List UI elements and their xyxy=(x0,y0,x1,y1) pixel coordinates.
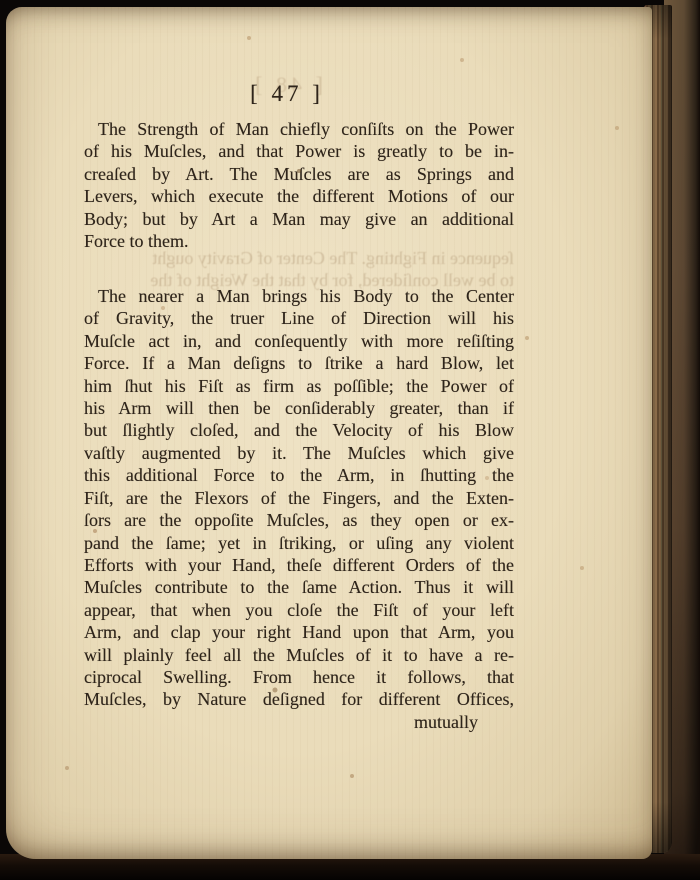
text-line: Body; but by Art a Man may give an addit… xyxy=(84,208,514,230)
catchword: mutually xyxy=(84,711,514,733)
book-photograph: [ 48 ] ſequence in Fighting. The Center … xyxy=(0,0,700,880)
text-line: Fiſt, are the Flexors of the Fingers, an… xyxy=(84,487,514,509)
text-line: but ſlightly cloſed, and the Velocity of… xyxy=(84,419,514,441)
text-line: The nearer a Man brings his Body to the … xyxy=(84,285,514,307)
text-line: Efforts with your Hand, theſe different … xyxy=(84,554,514,576)
text-line: creaſed by Art. The Muſcles are as Sprin… xyxy=(84,163,514,185)
book-page: [ 48 ] ſequence in Fighting. The Center … xyxy=(6,7,652,859)
text-line: ciprocal Swelling. From hence it follows… xyxy=(84,666,514,688)
page-number: [ 47 ] xyxy=(72,81,502,113)
text-line: ſors are the oppoſite Muſcles, as they o… xyxy=(84,509,514,531)
text-line: Force. If a Man deſigns to ſtrike a hard… xyxy=(84,352,514,374)
text-line: Muſcles contribute to the ſame Action. T… xyxy=(84,576,514,598)
paper-foxing-speckles xyxy=(6,7,8,9)
text-line: him ſhut his Fiſt as firm as poſſible; t… xyxy=(84,375,514,397)
text-line: Force to them. xyxy=(84,230,514,252)
text-line: appear, that when you cloſe the Fiſt of … xyxy=(84,599,514,621)
text-line: The Strength of Man chiefly conſiſts on … xyxy=(84,118,514,140)
text-block: The Strength of Man chiefly conſiſts on … xyxy=(84,118,514,733)
text-line: vaſtly augmented by it. The Muſcles whic… xyxy=(84,442,514,464)
text-line: Muſcle act in, and conſequently with mor… xyxy=(84,330,514,352)
paragraph: The Strength of Man chiefly conſiſts on … xyxy=(84,118,514,252)
text-line: Arm, and clap your right Hand upon that … xyxy=(84,621,514,643)
text-line: of Gravity, the truer Line of Direction … xyxy=(84,307,514,329)
text-line: his Arm will then be conſiderably greate… xyxy=(84,397,514,419)
text-line: will plainly feel all the Muſcles of it … xyxy=(84,644,514,666)
text-line: Levers, which execute the different Moti… xyxy=(84,185,514,207)
text-line: this additional Force to the Arm, in ſhu… xyxy=(84,464,514,486)
paragraph: The nearer a Man brings his Body to the … xyxy=(84,285,514,711)
text-line: Muſcles, by Nature deſigned for differen… xyxy=(84,688,514,710)
paragraphs: The Strength of Man chiefly conſiſts on … xyxy=(84,118,514,711)
text-line: of his Muſcles, and that Power is greatl… xyxy=(84,140,514,162)
text-line: pand the ſame; yet in ſtriking, or uſing… xyxy=(84,532,514,554)
